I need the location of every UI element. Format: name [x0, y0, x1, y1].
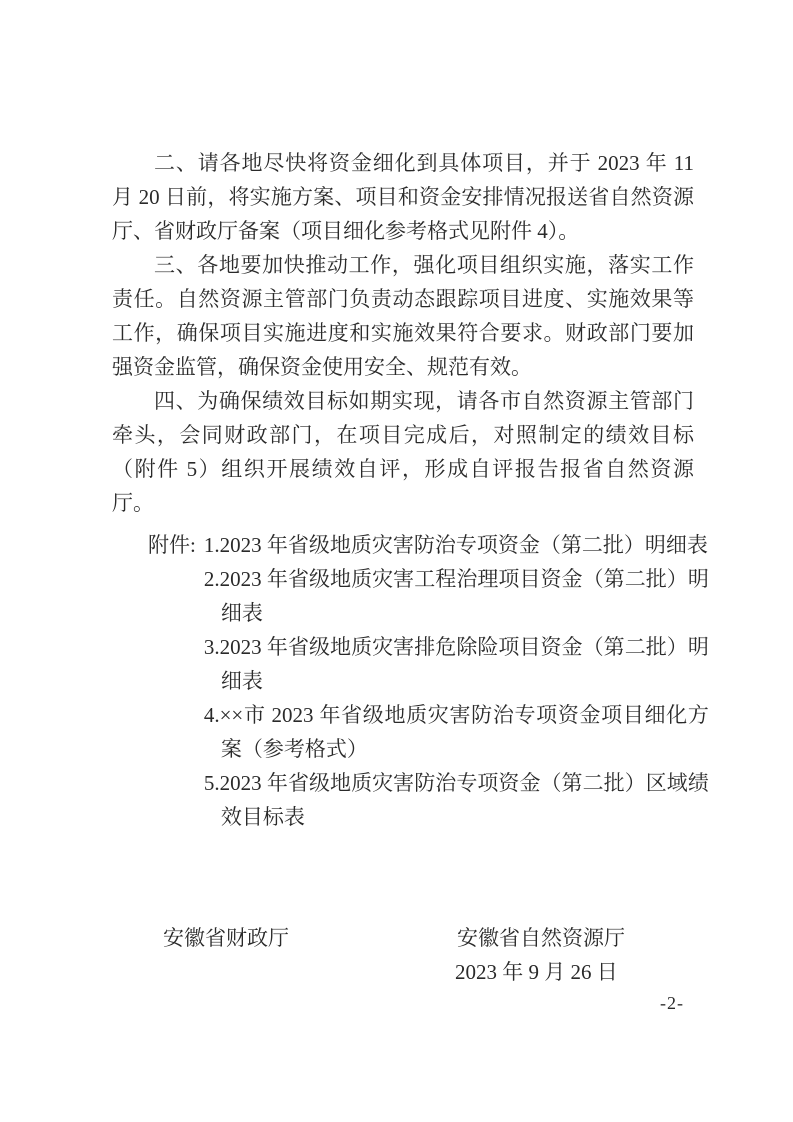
document-page: 二、请各地尽快将资金细化到具体项目，并于 2023 年 11 月 20 日前，将…: [0, 0, 793, 1122]
issuer-natural-resources-department: 安徽省自然资源厅: [457, 921, 625, 955]
paragraph-3: 三、各地要加快推动工作，强化项目组织实施，落实工作责任。自然资源主管部门负责动态…: [112, 248, 694, 384]
attachment-item-2: 2.2023 年省级地质灾害工程治理项目资金（第二批）明细表: [204, 562, 709, 630]
attachments-section: 附件: 1.2023 年省级地质灾害防治专项资金（第二批）明细表 2.2023 …: [148, 528, 709, 834]
paragraph-2: 二、请各地尽快将资金细化到具体项目，并于 2023 年 11 月 20 日前，将…: [112, 146, 694, 248]
document-body: 二、请各地尽快将资金细化到具体项目，并于 2023 年 11 月 20 日前，将…: [112, 146, 694, 520]
attachment-item-5: 5.2023 年省级地质灾害防治专项资金（第二批）区域绩效目标表: [204, 766, 709, 834]
attachment-item-3: 3.2023 年省级地质灾害排危除险项目资金（第二批）明细表: [204, 630, 709, 698]
attachments-list: 1.2023 年省级地质灾害防治专项资金（第二批）明细表 2.2023 年省级地…: [204, 528, 709, 834]
paragraph-4: 四、为确保绩效目标如期实现，请各市自然资源主管部门牵头，会同财政部门，在项目完成…: [112, 384, 694, 520]
issue-date: 2023 年 9 月 26 日: [455, 955, 618, 989]
attachment-item-4: 4.××市 2023 年省级地质灾害防治专项资金项目细化方案（参考格式）: [204, 698, 709, 766]
attachment-item-1: 1.2023 年省级地质灾害防治专项资金（第二批）明细表: [204, 528, 709, 562]
page-number: -2-: [660, 992, 684, 1014]
attachments-label: 附件:: [148, 528, 196, 562]
issuer-finance-department: 安徽省财政厅: [163, 921, 289, 955]
